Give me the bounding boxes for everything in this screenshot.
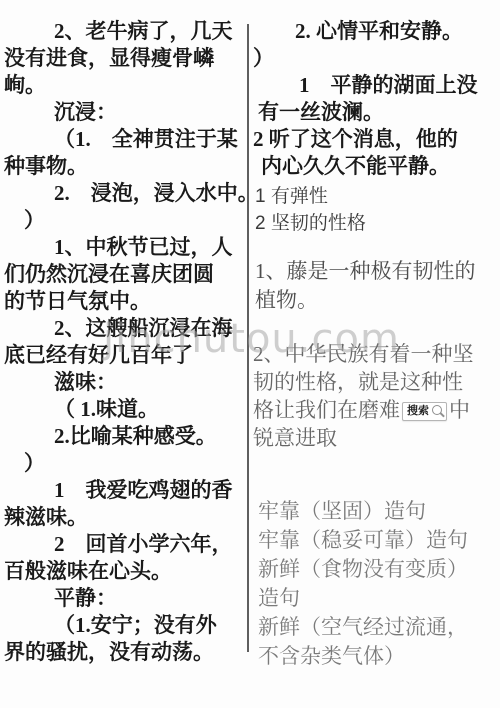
text-line: ） — [253, 45, 499, 72]
text-fragment: 格让我们在磨难 — [253, 398, 400, 422]
text-line: 平静： — [4, 585, 246, 612]
section-zhonghua-sentence: 2、中华民族有着一种坚 韧的性格，就是这种性 格让我们在磨难搜索中 锐意进取 — [253, 340, 499, 452]
document-page: jinchutou.com 2、老牛病了，几天 没有进食，显得瘦骨嶙 峋。 沉浸… — [0, 0, 500, 708]
text-line: 不含杂类气体） — [253, 642, 499, 671]
text-line: 2. 浸泡，浸入水中。 — [4, 180, 246, 207]
text-line: 底已经有好几百年了 — [4, 342, 246, 369]
text-line: 们仍然沉浸在喜庆团圆 — [4, 261, 246, 288]
text-fragment: 中 — [449, 398, 470, 422]
text-line: 有一丝波澜。 — [253, 99, 499, 126]
text-line: 1、中秋节已过，人 — [4, 234, 246, 261]
text-line: 新鲜（空气经过流通， — [253, 613, 499, 642]
text-line: 2 坚韧的性格 — [253, 210, 499, 237]
section-pingjing: 2. 心情平和安静。 ） 1 平静的湖面上没 有一丝波澜。 2 听了这个消息，他… — [253, 18, 499, 180]
text-line: 2 回首小学六年， — [4, 531, 246, 558]
section-teng-sentence: 1、藤是一种极有韧性的 植物。 — [253, 257, 499, 315]
text-line: 1 平静的湖面上没 — [253, 72, 499, 99]
text-line: 2 听了这个消息，他的 — [253, 126, 499, 153]
text-line: 2. 心情平和安静。 — [253, 18, 499, 45]
text-line: 2.比喻某种感受。 — [4, 423, 246, 450]
text-line: 锐意进取 — [253, 424, 499, 452]
text-line: （1. 全神贯注于某 — [4, 126, 246, 153]
text-line: 1 我爱吃鸡翅的香 — [4, 477, 246, 504]
text-line: 2、这艘船沉浸在海 — [4, 315, 246, 342]
text-line: 植物。 — [253, 286, 499, 315]
text-line: 1、藤是一种极有韧性的 — [253, 257, 499, 286]
text-line: 种事物。 — [4, 153, 246, 180]
text-line: 新鲜（食物没有变质） — [253, 555, 499, 584]
magnifier-icon — [432, 405, 442, 415]
text-line: （ 1.味道。 — [4, 396, 246, 423]
text-line: 百般滋味在心头。 — [4, 558, 246, 585]
text-line: 滋味： — [4, 369, 246, 396]
text-line: 造句 — [253, 584, 499, 613]
text-line: 牢靠（坚固）造句 — [253, 497, 499, 526]
text-line: 2、老牛病了，几天 — [4, 18, 246, 45]
text-line: （1.安宁；没有外 — [4, 612, 246, 639]
search-popup-button[interactable]: 搜索 — [402, 402, 447, 421]
text-line: 1 有弹性 — [253, 183, 499, 210]
text-line: 韧的性格，就是这种性 — [253, 368, 499, 396]
text-line: 没有进食，显得瘦骨嶙 — [4, 45, 246, 72]
text-line: 内心久久不能平静。 — [253, 153, 499, 180]
text-line: ） — [4, 207, 246, 234]
text-line: 格让我们在磨难搜索中 — [253, 396, 499, 424]
section-tanxing: 1 有弹性 2 坚韧的性格 — [253, 183, 499, 237]
column-divider — [247, 24, 249, 652]
text-line: 峋。 — [4, 72, 246, 99]
text-line: ） — [4, 450, 246, 477]
text-line: 辣滋味。 — [4, 504, 246, 531]
text-line: 的节日气氛中。 — [4, 288, 246, 315]
text-line: 2、中华民族有着一种坚 — [253, 340, 499, 368]
search-popup-label: 搜索 — [407, 405, 429, 417]
left-column: 2、老牛病了，几天 没有进食，显得瘦骨嶙 峋。 沉浸： （1. 全神贯注于某 种… — [4, 18, 246, 666]
text-line: 沉浸： — [4, 99, 246, 126]
right-column: 2. 心情平和安静。 ） 1 平静的湖面上没 有一丝波澜。 2 听了这个消息，他… — [253, 18, 499, 671]
text-line: 牢靠（稳妥可靠）造句 — [253, 526, 499, 555]
text-line: 界的骚扰，没有动荡。 — [4, 639, 246, 666]
section-zaoju: 牢靠（坚固）造句 牢靠（稳妥可靠）造句 新鲜（食物没有变质） 造句 新鲜（空气经… — [253, 497, 499, 671]
